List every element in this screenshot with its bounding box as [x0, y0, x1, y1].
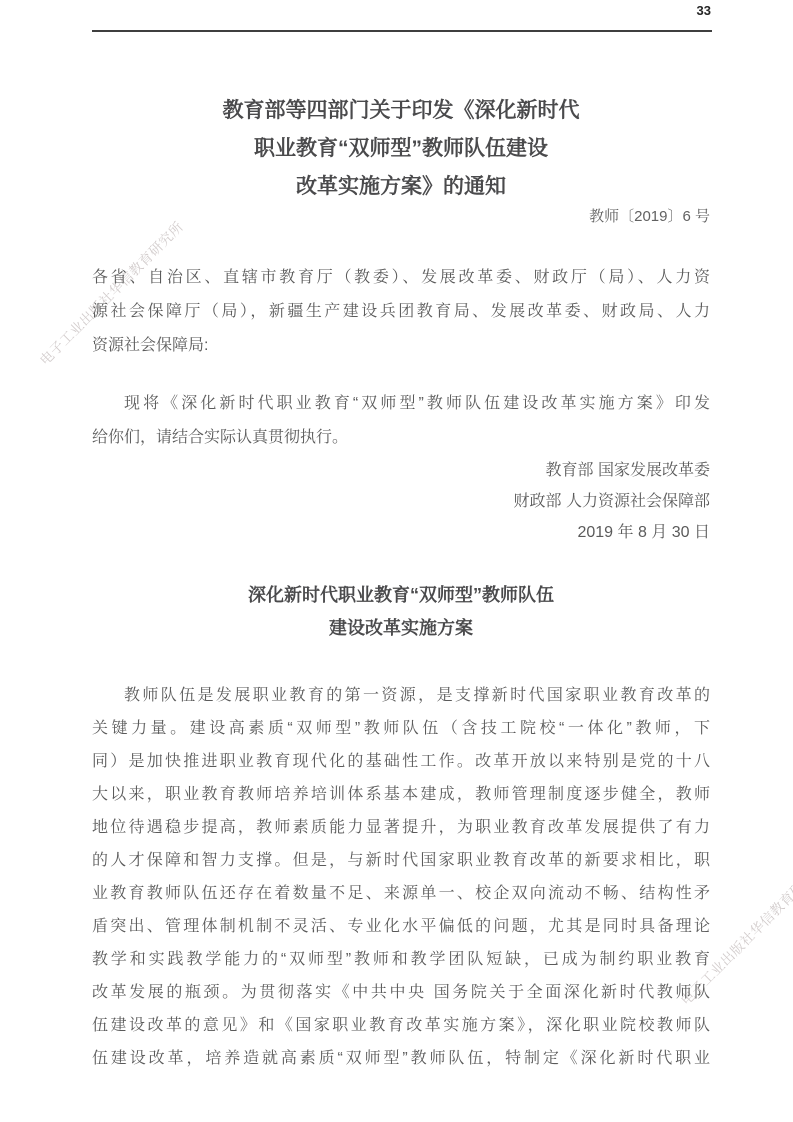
signature-line: 财政部 人力资源社会保障部 [92, 486, 710, 517]
text-line: 同）是加快推进职业教育现代化的基础性工作。改革开放以来特别是党的十八 [92, 745, 710, 778]
notice-title-line: 改革实施方案》的通知 [92, 168, 710, 206]
notice-title-line: 教育部等四部门关于印发《深化新时代 [92, 92, 710, 130]
text-line: 改革发展的瓶颈。为贯彻落实《中共中央 国务院关于全面深化新时代教师队 [92, 976, 710, 1009]
text-line: 大以来，职业教育教师培养培训体系基本建成，教师管理制度逐步健全，教师 [92, 778, 710, 811]
text-line: 伍建设改革，培养造就高素质“双师型”教师队伍，特制定《深化新时代职业 [92, 1042, 710, 1075]
text-line: 教师队伍是发展职业教育的第一资源，是支撑新时代国家职业教育改革的 [92, 679, 710, 712]
document-number: 教师〔2019〕6 号 [92, 206, 710, 228]
text-line: 的人才保障和智力支撑。但是，与新时代国家职业教育改革的新要求相比，职 [92, 844, 710, 877]
plan-title-line: 深化新时代职业教育“双师型”教师队伍 [92, 579, 710, 612]
text-line: 关键力量。建设高素质“双师型”教师队伍（含技工院校“一体化”教师，下 [92, 712, 710, 745]
text-line: 给你们，请结合实际认真贯彻执行。 [92, 421, 710, 455]
text-line: 教学和实践教学能力的“双师型”教师和教学团队短缺，已成为制约职业教育 [92, 943, 710, 976]
text-line: 资源社会保障局: [92, 329, 710, 363]
text-line: 业教育教师队伍还存在着数量不足、来源单一、校企双向流动不畅、结构性矛 [92, 877, 710, 910]
page-content: 教育部等四部门关于印发《深化新时代职业教育“双师型”教师队伍建设改革实施方案》的… [0, 92, 793, 1075]
page-number: 33 [697, 3, 711, 18]
signature-line: 教育部 国家发展改革委 [92, 455, 710, 486]
text-line: 伍建设改革的意见》和《国家职业教育改革实施方案》，深化职业院校教师队 [92, 1009, 710, 1042]
text-line: 现将《深化新时代职业教育“双师型”教师队伍建设改革实施方案》印发 [92, 387, 710, 421]
signature-line: 2019 年 8 月 30 日 [92, 517, 710, 548]
text-line: 盾突出、管理体制机制不灵活、专业化水平偏低的问题，尤其是同时具备理论 [92, 910, 710, 943]
text-line: 地位待遇稳步提高，教师素质能力显著提升，为职业教育改革发展提供了有力 [92, 811, 710, 844]
plan-title-line: 建设改革实施方案 [92, 612, 710, 645]
document-page: 电子工业出版社华信教育研究所 电子工业出版社华信教育研究所 33 教育部等四部门… [0, 0, 793, 1122]
plan-intro-paragraph: 教师队伍是发展职业教育的第一资源，是支撑新时代国家职业教育改革的关键力量。建设高… [92, 679, 710, 1075]
signature-block: 教育部 国家发展改革委财政部 人力资源社会保障部2019 年 8 月 30 日 [92, 455, 710, 548]
plan-title: 深化新时代职业教育“双师型”教师队伍建设改革实施方案 [92, 579, 710, 645]
notice-body-paragraph: 现将《深化新时代职业教育“双师型”教师队伍建设改革实施方案》印发给你们，请结合实… [92, 387, 710, 455]
text-line: 源社会保障厅（局），新疆生产建设兵团教育局、发展改革委、财政局、人力 [92, 295, 710, 329]
notice-title-line: 职业教育“双师型”教师队伍建设 [92, 130, 710, 168]
text-line: 各省、自治区、直辖市教育厅（教委）、发展改革委、财政厅（局）、人力资 [92, 261, 710, 295]
addressee-paragraph: 各省、自治区、直辖市教育厅（教委）、发展改革委、财政厅（局）、人力资源社会保障厅… [92, 261, 710, 363]
notice-title: 教育部等四部门关于印发《深化新时代职业教育“双师型”教师队伍建设改革实施方案》的… [92, 92, 710, 206]
page-header-rule: 33 [92, 0, 712, 32]
